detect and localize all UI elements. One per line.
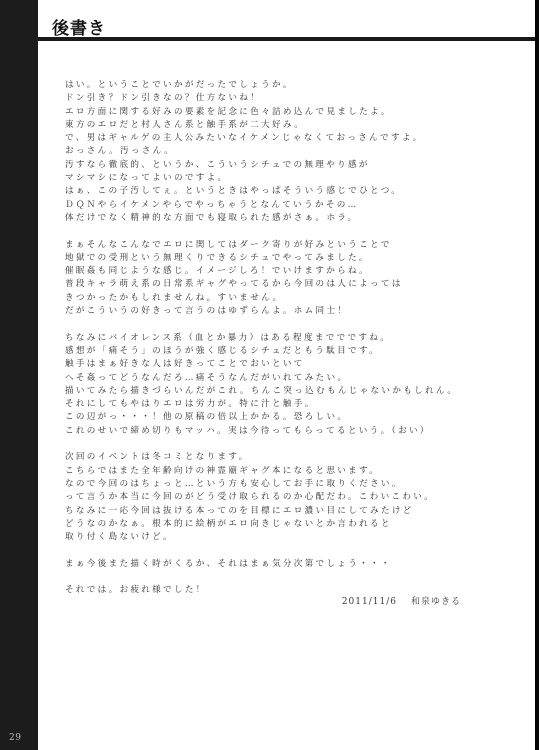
text-line: 汚すなら徹底的、というか、こういうシチュでの無理やり感が	[65, 159, 515, 172]
text-line: ちなみにバイオレンス系（血とか暴力）はある程度まででですね。	[65, 332, 515, 345]
text-line: 触手はまぁ好きな人は好きってことでおいといて	[65, 358, 515, 371]
text-line: で、男はギャルゲの主人公みたいなイケメンじゃなくておっさんですよ。	[65, 132, 515, 145]
text-line: それにしてもやはりエロは労力が。特に汁と触手。	[65, 398, 515, 411]
page-number: 29	[9, 733, 21, 743]
text-line: ドン引き？ドン引きなの？仕方ないね！	[65, 92, 515, 105]
text-line: これのせいで締め切りもマッハ。実は今待ってもらってるという。（おい）	[65, 425, 515, 438]
paragraph-3: ちなみにバイオレンス系（血とか暴力）はある程度まででですね。 感想が「痛そう」の…	[65, 332, 515, 438]
paragraph-2: まぁそんなこんなでエロに関してはダーク寄りが好みということで 地獄での受刑という…	[65, 239, 515, 319]
paragraph-1: はい。ということでいかがだったでしょうか。 ドン引き？ドン引きなの？仕方ないね！…	[65, 79, 515, 225]
left-margin-band	[0, 0, 38, 750]
paragraph-4: 次回のイベントは冬コミとなります。 こちらではまた全年齢向けの神霊廟ギャグ本にな…	[65, 451, 515, 544]
text-line: 体だけでなく精神的な方面でも寝取られた感がさぁ。ホラ。	[65, 212, 515, 225]
text-line: 地獄での受刑という無理くりできるシチュでやってみました。	[65, 252, 515, 265]
text-line: 次回のイベントは冬コミとなります。	[65, 451, 515, 464]
paragraph-5: まぁ今後また描く時がくるか、それはまぁ気分次第でしょう・・・	[65, 558, 515, 571]
text-line: 普段キャラ萌え系の日常系ギャグやってるから今回のは人によっては	[65, 278, 515, 291]
text-line: 描いてみたら描きづらいんだがこれ。ちんこ突っ込むもんじゃないかもしれん。	[65, 385, 515, 398]
text-line: どうなのかなぁ。根本的に絵柄がエロ向きじゃないとか言われると	[65, 518, 515, 531]
text-line: この辺がっ・・・！他の原稿の倍以上かかる。恐ろしい。	[65, 411, 515, 424]
page-title: 後書き	[52, 14, 106, 39]
text-line: はぁ、この子汚してぇ。というときはやっぱそういう感じでひとつ。	[65, 185, 515, 198]
signature-date: 2011/11/6	[342, 597, 397, 607]
text-line: エロ方面に関する好みの要素を記念に色々詰め込んで見ましたよ。	[65, 106, 515, 119]
text-line: まぁ今後また描く時がくるか、それはまぁ気分次第でしょう・・・	[65, 558, 515, 571]
text-line: ＤＱＮやらイケメンやらでやっちゃうとなんていうかその…	[65, 199, 515, 212]
text-line: こちらではまた全年齢向けの神霊廟ギャグ本になると思います。	[65, 465, 515, 478]
text-line: 取り付く島ないけど。	[65, 531, 515, 544]
text-line: はい。ということでいかがだったでしょうか。	[65, 79, 515, 92]
text-line: ちなみに一応今回は抜ける本ってのを目標にエロ濃い目にしてみたけど	[65, 505, 515, 518]
text-line: 感想が「痛そう」のほうが強く感じるシチュだともう駄目です。	[65, 345, 515, 358]
text-line: マシマシになってよいのですよ。	[65, 172, 515, 185]
text-line: って言うか本当に今回のがどう受け取られるのか心配だわ。こわいこわい。	[65, 491, 515, 504]
text-line: 催眠姦も同じような感じ。イメージしろ！でいけますからね。	[65, 265, 515, 278]
afterword-body: はい。ということでいかがだったでしょうか。 ドン引き？ドン引きなの？仕方ないね！…	[65, 79, 515, 611]
signature: 2011/11/6和泉ゆきる	[342, 594, 461, 607]
header-divider	[38, 37, 535, 41]
text-line: へそ姦ってどうなんだろ…痛そうなんだがいれてみたい。	[65, 372, 515, 385]
text-line: まぁそんなこんなでエロに関してはダーク寄りが好みということで	[65, 239, 515, 252]
right-margin-band	[535, 0, 539, 750]
signature-author: 和泉ゆきる	[411, 597, 461, 607]
text-line: おっさん。汚っさん。	[65, 145, 515, 158]
text-line: だがこういうの好きって言うのはゆずらんよ。ホム同士！	[65, 305, 515, 318]
text-line: なので今回のはちょっと…という方も安心してお手に取りください。	[65, 478, 515, 491]
text-line: きつかったかもしれませんね。すいません。	[65, 292, 515, 305]
text-line: 東方のエロだと村人さん系と触手系が二大好み。	[65, 119, 515, 132]
